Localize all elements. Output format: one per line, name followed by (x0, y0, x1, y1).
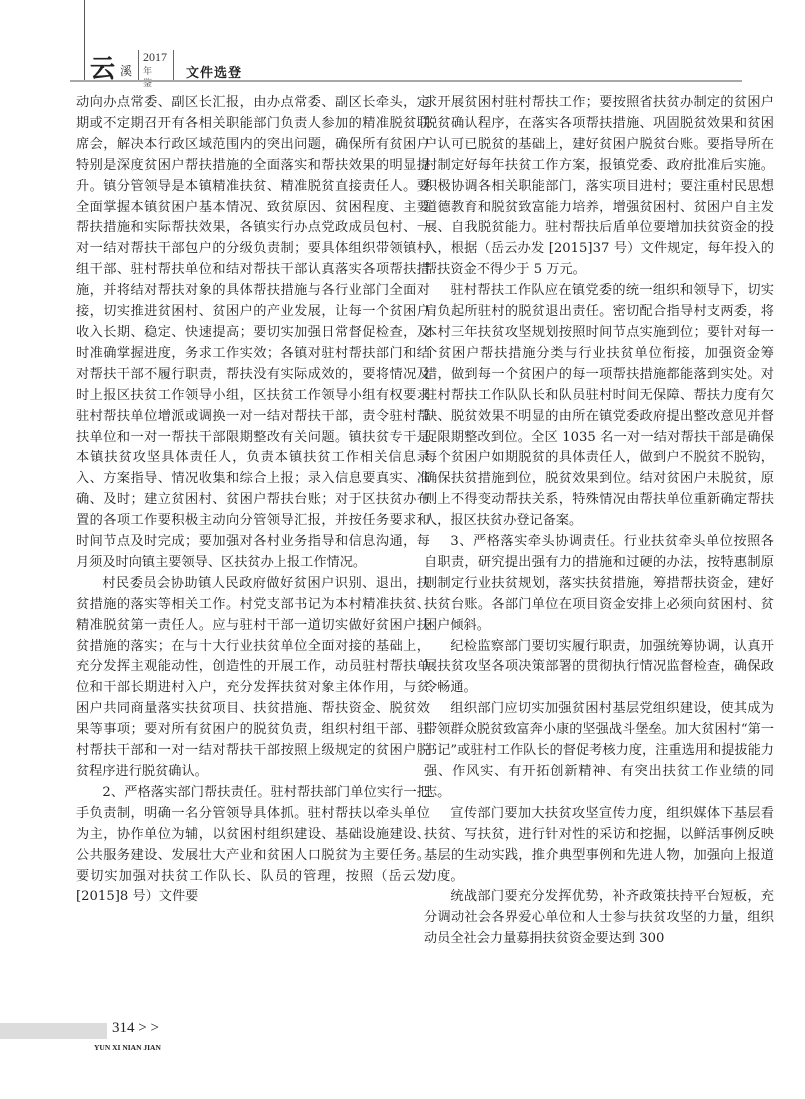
logo-xi: 溪 (120, 64, 132, 78)
paragraph: 驻村帮扶工作队应在镇党委的统一组织和领导下，切实肩负起所驻村的脱贫退出责任。密切… (424, 281, 774, 532)
paragraph: 求开展贫困村驻村帮扶工作；要按照省扶贫办制定的贫困户脱贫确认程序，在落实各项帮扶… (424, 93, 774, 281)
left-column: 动向办点常委、副区长汇报，由办点常委、副区长牵头，定期或不定期召开有各相关职能部… (76, 93, 430, 908)
paragraph: 动向办点常委、副区长汇报，由办点常委、副区长牵头，定期或不定期召开有各相关职能部… (76, 93, 430, 574)
paragraph: 3、严格落实牵头协调责任。行业扶贫牵头单位按照各自职责，研究提出强有力的措施和过… (424, 532, 774, 637)
logo-yun: 云 (90, 56, 115, 82)
section-title: 文件选登 (186, 62, 242, 81)
paragraph: 村民委员会协助镇人民政府做好贫困户识别、退出，扶贫措施的落实等相关工作。村党支部… (76, 574, 430, 783)
paragraph: 宣传部门要加大扶贫攻坚宣传力度，组织媒体下基层看扶贫、写扶贫，进行针对性的采访和… (424, 804, 774, 888)
yearbook-label: 年鉴 (143, 66, 158, 90)
paragraph: 组织部门应切实加强贫困村基层党组织建设，使其成为带领群众脱贫致富奔小康的坚强战斗… (424, 699, 774, 804)
footer-subtitle: YUN XI NIAN JIAN (94, 1043, 161, 1052)
header-vertical-line (84, 0, 85, 82)
yearbook-year: 2017 (143, 51, 167, 64)
header-divider (138, 50, 139, 80)
footer-bar (0, 1023, 107, 1039)
paragraph: 纪检监察部门要切实履行职责，加强统筹协调，认真开展扶贫攻坚各项决策部署的贯彻执行… (424, 637, 774, 700)
paragraph: 统战部门要充分发挥优势，补齐政策扶持平台短板，充分调动社会各界爱心单位和人士参与… (424, 887, 774, 950)
right-column: 求开展贫困村驻村帮扶工作；要按照省扶贫办制定的贫困户脱贫确认程序，在落实各项帮扶… (424, 93, 774, 950)
header-divider (173, 50, 174, 80)
page-number: 314 > > (112, 1019, 159, 1037)
paragraph: 2、严格落实部门帮扶责任。驻村帮扶部门单位实行一把手负责制，明确一名分管领导具体… (76, 783, 430, 908)
header-rule (70, 80, 742, 82)
